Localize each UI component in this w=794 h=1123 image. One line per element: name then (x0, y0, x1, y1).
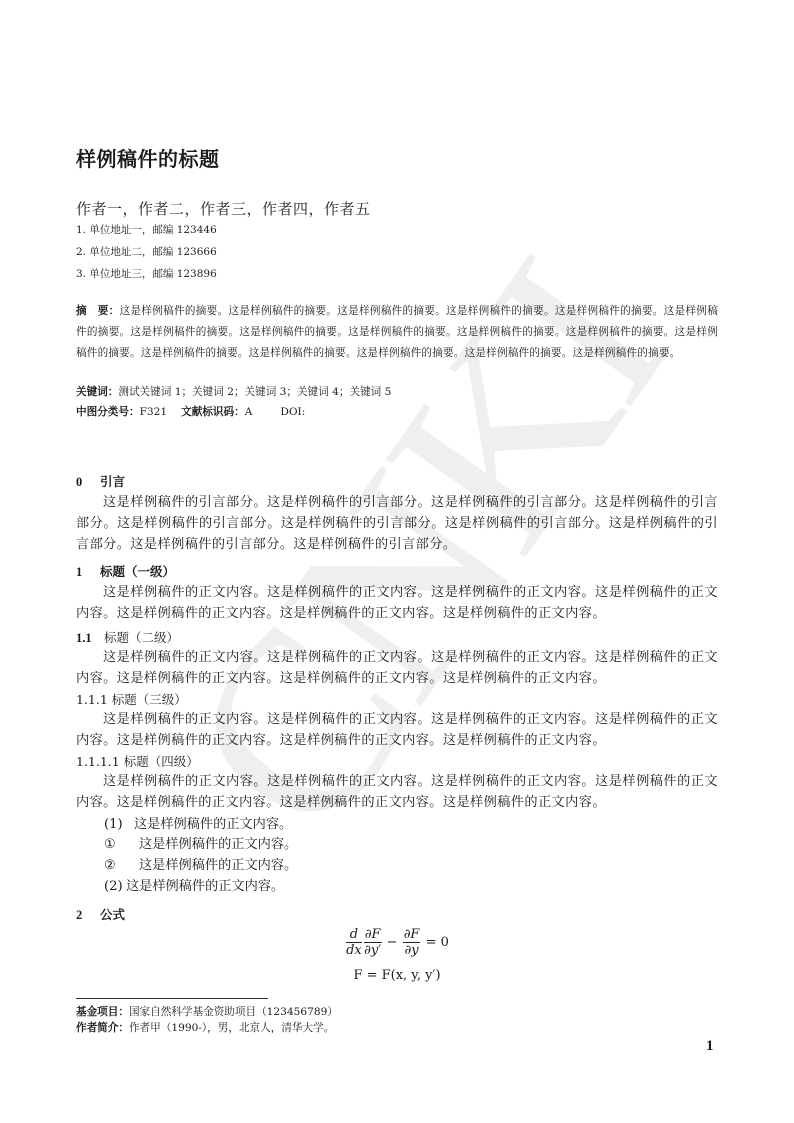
keywords-label: 关键词： (76, 386, 118, 398)
intro-paragraph: 这是样例稿件的引言部分。这是样例稿件的引言部分。这是样例稿件的引言部分。这是样例… (76, 492, 718, 555)
list-item: (2)这是样例稿件的正文内容。 (104, 876, 746, 897)
footnote-author-bio: 作者简介：作者甲（1990-），男，北京人，清华大学。 (76, 1021, 718, 1036)
section-heading-2: 2公式 (76, 905, 718, 923)
keywords: 关键词：测试关键词 1；关键词 2；关键词 3；关键词 4；关键词 5 (76, 382, 718, 402)
page-number: 1 (706, 1038, 714, 1055)
section-1-1-1-paragraph: 这是样例稿件的正文内容。这是样例稿件的正文内容。这是样例稿件的正文内容。这是样例… (76, 709, 718, 751)
section-1-1-paragraph: 这是样例稿件的正文内容。这是样例稿件的正文内容。这是样例稿件的正文内容。这是样例… (76, 647, 718, 689)
fraction-dF-dy: ∂F∂y (403, 927, 421, 958)
list-item: ①这是样例稿件的正文内容。 (104, 834, 746, 855)
paper-title: 样例稿件的标题 (76, 143, 718, 172)
author-list: 作者一，作者二，作者三，作者四，作者五 (76, 198, 718, 219)
list-item: (1)这是样例稿件的正文内容。 (104, 814, 746, 835)
section-heading-1: 1标题（一级） (76, 562, 718, 580)
fraction-dF-dy-prime: ∂F∂y′ (364, 927, 382, 958)
keywords-text: 测试关键词 1；关键词 2；关键词 3；关键词 4；关键词 5 (118, 386, 391, 398)
list-item: ②这是样例稿件的正文内容。 (104, 855, 746, 876)
clc-label: 中图分类号： (76, 406, 140, 418)
abstract-text: 这是样例稿件的摘要。这是样例稿件的摘要。这是样例稿件的摘要。这是样例稿件的摘要。… (76, 305, 718, 359)
abstract: 摘 要：这是样例稿件的摘要。这是样例稿件的摘要。这是样例稿件的摘要。这是样例稿件… (76, 301, 718, 364)
section-heading-0: 0引言 (76, 472, 718, 490)
classification-line: 中图分类号：F321文献标识码：ADOI: (76, 402, 718, 422)
section-1-paragraph: 这是样例稿件的正文内容。这是样例稿件的正文内容。这是样例稿件的正文内容。这是样例… (76, 582, 718, 624)
clc-value: F321 (140, 406, 168, 418)
doi-label: DOI: (280, 406, 305, 418)
section-heading-1-1-1-1: 1.1.1.1 标题（四级） (76, 752, 718, 770)
doc-code-value: A (245, 406, 253, 418)
doc-code-label: 文献标识码： (181, 406, 245, 418)
affiliation-1: 1. 单位地址一，邮编 123446 (76, 222, 718, 237)
affiliation-3: 3. 单位地址三，邮编 123896 (76, 266, 718, 281)
abstract-label: 摘 要： (76, 305, 120, 317)
equation-1: ddx∂F∂y′ − ∂F∂y = 0 (76, 927, 718, 958)
footnote-funding: 基金项目：国家自然科学基金资助项目（123456789） (76, 1005, 718, 1020)
fraction-d-dx: ddx (346, 927, 362, 958)
section-1-1-1-1-paragraph: 这是样例稿件的正文内容。这是样例稿件的正文内容。这是样例稿件的正文内容。这是样例… (76, 771, 718, 813)
footnote-divider (76, 998, 268, 999)
section-heading-1-1-1: 1.1.1 标题（三级） (76, 690, 718, 708)
affiliation-2: 2. 单位地址二，邮编 123666 (76, 244, 718, 259)
equation-2: F = F(x, y, y′) (76, 968, 718, 983)
section-heading-1-1: 1.1标题（二级） (76, 628, 718, 646)
